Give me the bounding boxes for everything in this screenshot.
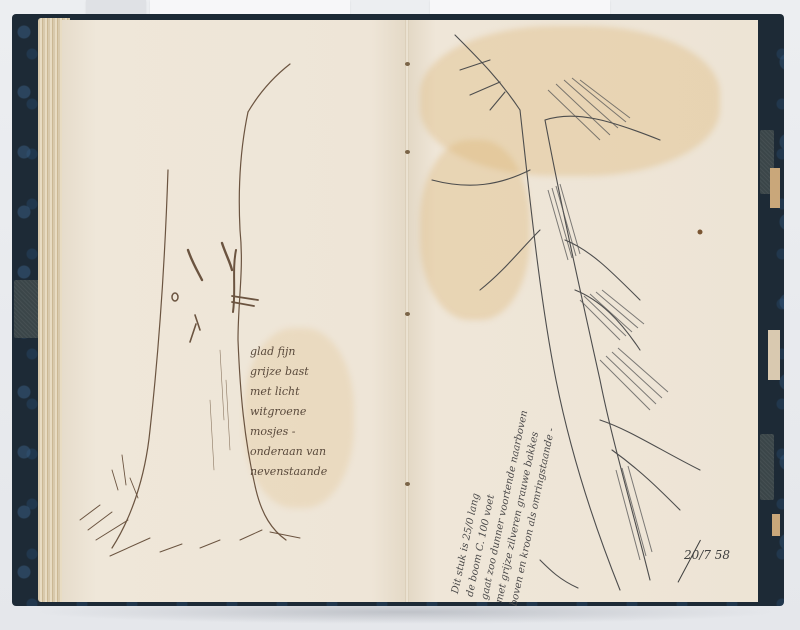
left-page-annotation: glad fijn grijze bast met licht witgroen… [250, 342, 327, 482]
ink-spot [698, 230, 703, 235]
annotation-line: witgroene [250, 405, 306, 418]
annotation-line: grijze bast [250, 365, 309, 378]
annotation-line: mosjes - [250, 425, 295, 438]
pencil-shading [548, 78, 668, 560]
annotation-line: nevenstaande [250, 465, 327, 478]
annotation-line: onderaan van [250, 445, 326, 458]
tree-drawings [0, 0, 800, 630]
annotation-line: met licht [250, 385, 300, 398]
annotation-line: glad fijn [250, 345, 296, 358]
sketch-date: 20/7 58 [684, 548, 730, 562]
left-tree-sketch [80, 64, 300, 556]
